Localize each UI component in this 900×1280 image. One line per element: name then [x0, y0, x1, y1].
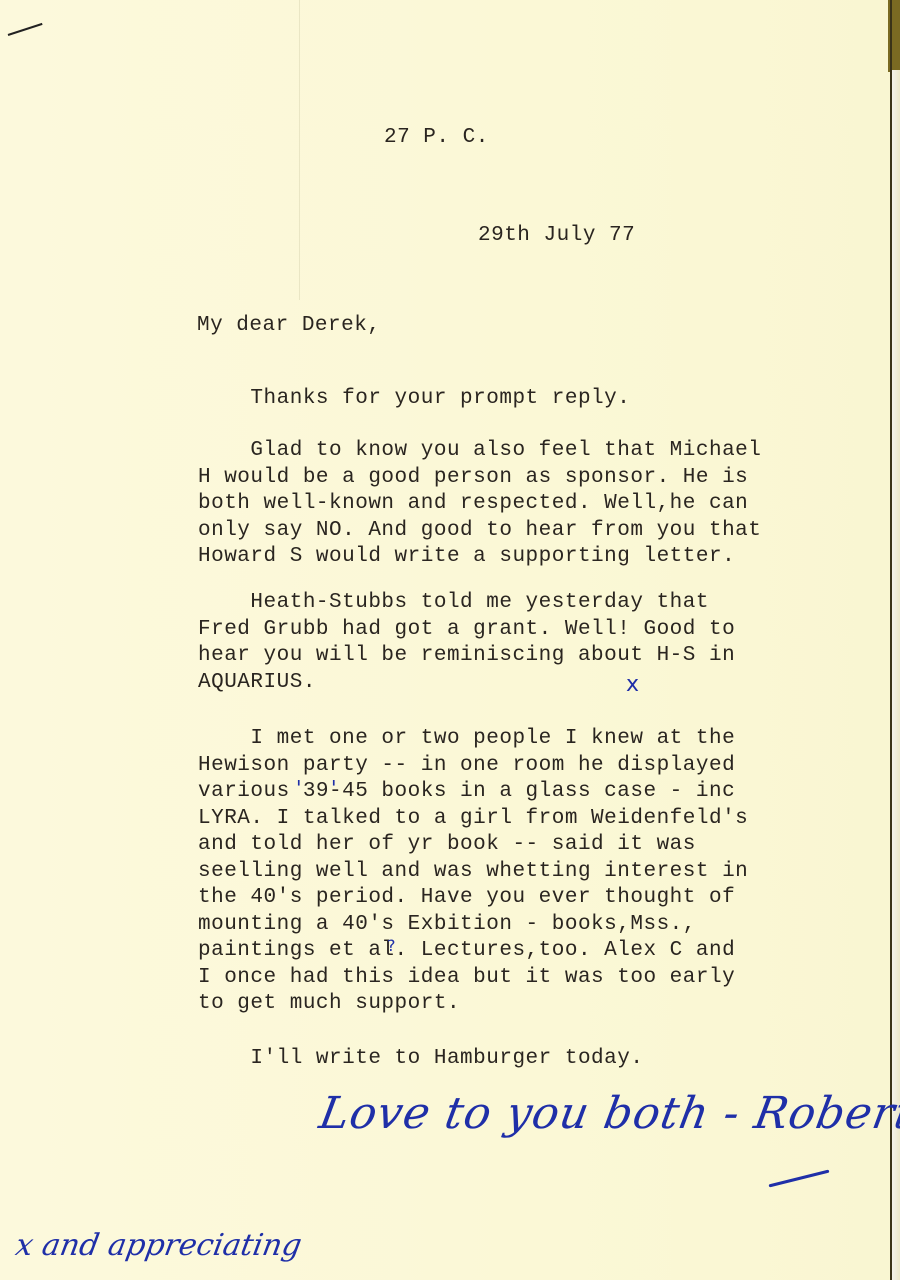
paper-fold	[299, 0, 300, 300]
insert-mark: x	[626, 672, 639, 697]
paragraph-2: Glad to know you also feel that Michael …	[198, 438, 761, 571]
paragraph-1: Thanks for your prompt reply.	[198, 386, 630, 413]
letter-date: 29th July 77	[478, 224, 635, 247]
apostrophe-mark-2: '	[331, 776, 337, 800]
address: 27 P. C.	[384, 126, 489, 149]
query-mark: ?	[387, 936, 396, 955]
handwritten-signoff: Love to you both - Robert	[316, 1088, 900, 1139]
apostrophe-mark-1: '	[296, 776, 302, 800]
signature-underline	[769, 1170, 830, 1188]
paragraph-3: Heath-Stubbs told me yesterday that Fred…	[198, 590, 735, 696]
letter-page: 27 P. C. 29th July 77 My dear Derek, Tha…	[0, 0, 900, 1280]
salutation: My dear Derek,	[197, 314, 380, 337]
paragraph-5: I'll write to Hamburger today.	[198, 1046, 643, 1073]
handwritten-postscript: x and appreciating	[13, 1228, 304, 1263]
paragraph-4: I met one or two people I knew at the He…	[198, 726, 748, 1018]
staple-mark	[8, 23, 43, 36]
